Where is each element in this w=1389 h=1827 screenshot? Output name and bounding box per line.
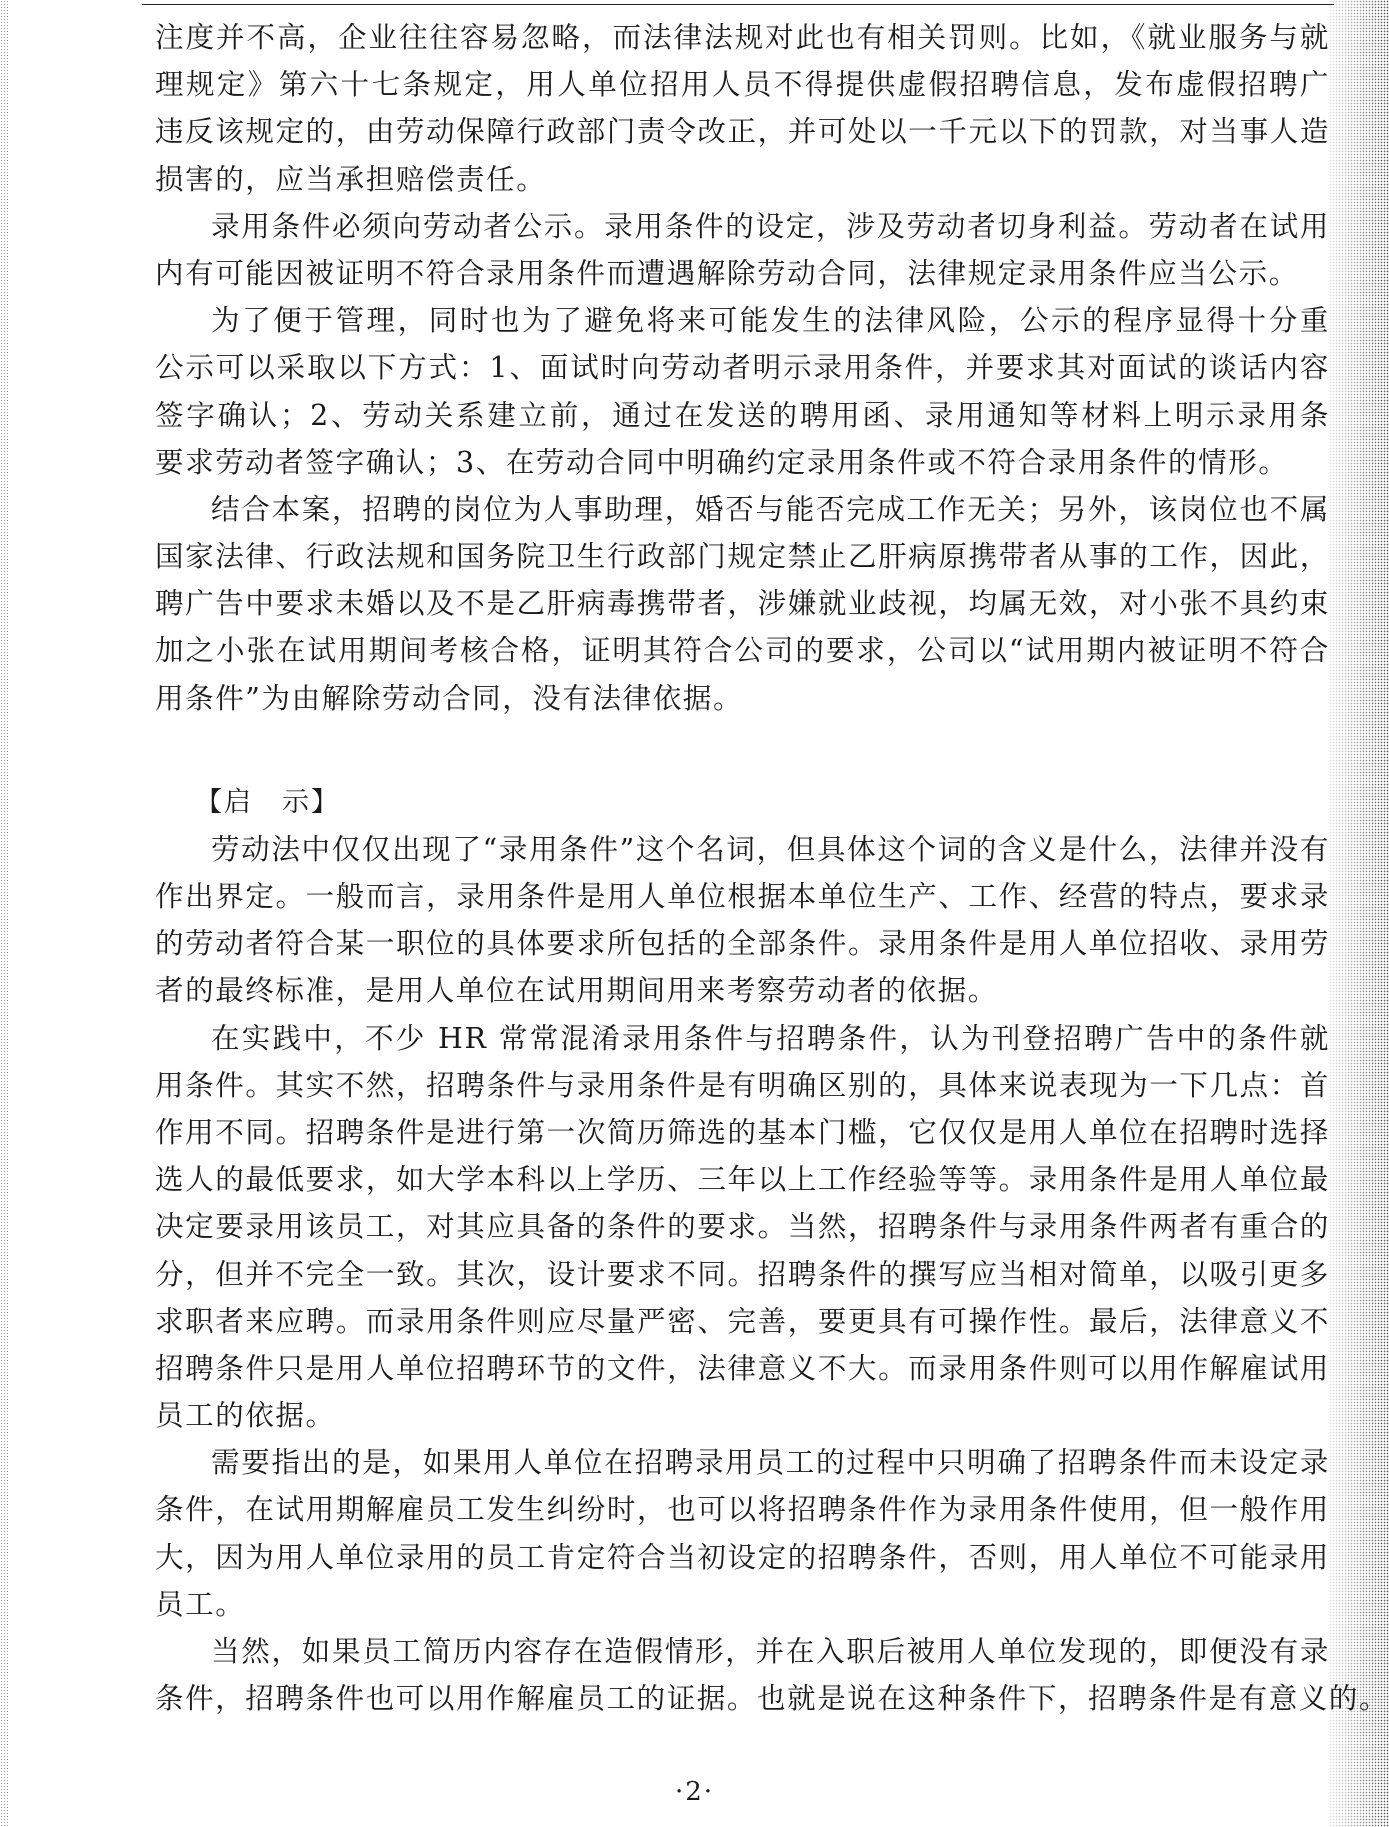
text-line: 内有可能因被证明不符合录用条件而遭遇解除劳动合同，法律规定录用条件应当公示。: [155, 250, 1330, 297]
paragraph: 注度并不高，企业往往容易忽略，而法律法规对此也有相关罚则。比如，《就业服务与就业…: [155, 14, 1330, 203]
scan-edge-right: [1329, 0, 1389, 1827]
paragraph: 为了便于管理，同时也为了避免将来可能发生的法律风险，公示的程序显得十分重要。公示…: [155, 297, 1330, 486]
text-line: 用条件”为由解除劳动合同，没有法律依据。: [155, 675, 1330, 722]
text-line: 大，因为用人单位录用的员工肯定符合当初设定的招聘条件，否则，用人单位不可能录用该: [155, 1534, 1330, 1581]
text-line: 当然，如果员工简历内容存在造假情形，并在入职后被用人单位发现的，即便没有录用: [155, 1628, 1330, 1675]
text-line: 公示可以采取以下方式：1、面试时向劳动者明示录用条件，并要求其对面试的谈话内容进…: [155, 344, 1330, 391]
text-line: 选人的最低要求，如大学本科以上学历、三年以上工作经验等等。录用条件是用人单位最终: [155, 1156, 1330, 1203]
text-line: 决定要录用该员工，对其应具备的条件的要求。当然，招聘条件与录用条件两者有重合的部: [155, 1203, 1330, 1250]
paragraph: 在实践中，不少 HR 常常混淆录用条件与招聘条件，认为刊登招聘广告中的条件就是录…: [155, 1015, 1330, 1440]
text-line: 注度并不高，企业往往容易忽略，而法律法规对此也有相关罚则。比如，《就业服务与就业…: [155, 14, 1330, 61]
text-line: 分，但并不完全一致。其次，设计要求不同。招聘条件的撰写应当相对简单，以吸引更多的: [155, 1251, 1330, 1298]
text-line: 录用条件必须向劳动者公示。录用条件的设定，涉及劳动者切身利益。劳动者在试用期: [155, 203, 1330, 250]
text-line: 要求劳动者签字确认；3、在劳动合同中明确约定录用条件或不符合录用条件的情形。: [155, 439, 1330, 486]
text-line: 员工。: [155, 1581, 1330, 1628]
text-line: 招聘条件只是用人单位招聘环节的文件，法律意义不大。而录用条件则可以用作解雇试用期: [155, 1345, 1330, 1392]
text-line: 的劳动者符合某一职位的具体要求所包括的全部条件。录用条件是用人单位招收、录用劳动: [155, 920, 1330, 967]
text-line: 员工的依据。: [155, 1392, 1330, 1439]
text-line: 条件，在试用期解雇员工发生纠纷时，也可以将招聘条件作为录用条件使用，但一般作用不: [155, 1486, 1330, 1533]
section-heading-insight: 【启 示】: [155, 779, 1330, 826]
text-line: 求职者来应聘。而录用条件则应尽量严密、完善，要更具有可操作性。最后，法律意义不同…: [155, 1298, 1330, 1345]
text-line: 条件，招聘条件也可以用作解雇员工的证据。也就是说在这种条件下，招聘条件是有意义的…: [155, 1675, 1330, 1722]
text-line: 作出界定。一般而言，录用条件是用人单位根据本单位生产、工作、经营的特点，要求录用: [155, 873, 1330, 920]
page-number: ·2·: [0, 1777, 1389, 1807]
text-line: 在实践中，不少 HR 常常混淆录用条件与招聘条件，认为刊登招聘广告中的条件就是录: [155, 1015, 1330, 1062]
text-line: 为了便于管理，同时也为了避免将来可能发生的法律风险，公示的程序显得十分重要。: [155, 297, 1330, 344]
section-gap: [155, 722, 1330, 779]
text-line: 者的最终标准，是用人单位在试用期间用来考察劳动者的依据。: [155, 967, 1330, 1014]
text-line: 用条件。其实不然，招聘条件与录用条件是有明确区别的，具体来说表现为一下几点：首先…: [155, 1062, 1330, 1109]
text-line: 劳动法中仅仅出现了“录用条件”这个名词，但具体这个词的含义是什么，法律并没有: [155, 826, 1330, 873]
paragraph: 结合本案，招聘的岗位为人事助理，婚否与能否完成工作无关；另外，该岗位也不属于国家…: [155, 486, 1330, 722]
scan-edge-left: [0, 0, 8, 1827]
text-line: 签字确认；2、劳动关系建立前，通过在发送的聘用函、录用通知等材料上明示录用条件，…: [155, 392, 1330, 439]
paragraph: 需要指出的是，如果用人单位在招聘录用员工的过程中只明确了招聘条件而未设定录用条件…: [155, 1439, 1330, 1628]
section-insight: 劳动法中仅仅出现了“录用条件”这个名词，但具体这个词的含义是什么，法律并没有作出…: [155, 826, 1330, 1723]
text-line: 国家法律、行政法规和国务院卫生行政部门规定禁止乙肝病原携带者从事的工作，因此，招: [155, 533, 1330, 580]
top-rule: [142, 4, 1334, 5]
paragraph: 录用条件必须向劳动者公示。录用条件的设定，涉及劳动者切身利益。劳动者在试用期内有…: [155, 203, 1330, 297]
text-line: 违反该规定的，由劳动保障行政部门责令改正，并可处以一千元以下的罚款，对当事人造成: [155, 108, 1330, 155]
text-line: 作用不同。招聘条件是进行第一次简历筛选的基本门槛，它仅仅是用人单位在招聘时选择候: [155, 1109, 1330, 1156]
text-line: 聘广告中要求未婚以及不是乙肝病毒携带者，涉嫌就业歧视，均属无效，对小张不具约束力…: [155, 580, 1330, 627]
text-line: 理规定》第六十七条规定，用人单位招用人员不得提供虚假招聘信息，发布虚假招聘广告，: [155, 61, 1330, 108]
text-line: 需要指出的是，如果用人单位在招聘录用员工的过程中只明确了招聘条件而未设定录用: [155, 1439, 1330, 1486]
section-case-analysis: 注度并不高，企业往往容易忽略，而法律法规对此也有相关罚则。比如，《就业服务与就业…: [155, 14, 1330, 722]
document-page: 注度并不高，企业往往容易忽略，而法律法规对此也有相关罚则。比如，《就业服务与就业…: [155, 14, 1330, 1722]
text-line: 加之小张在试用期间考核合格，证明其符合公司的要求，公司以“试用期内被证明不符合录: [155, 627, 1330, 674]
text-line: 损害的，应当承担赔偿责任。: [155, 156, 1330, 203]
paragraph: 当然，如果员工简历内容存在造假情形，并在入职后被用人单位发现的，即便没有录用条件…: [155, 1628, 1330, 1722]
text-line: 结合本案，招聘的岗位为人事助理，婚否与能否完成工作无关；另外，该岗位也不属于: [155, 486, 1330, 533]
paragraph: 劳动法中仅仅出现了“录用条件”这个名词，但具体这个词的含义是什么，法律并没有作出…: [155, 826, 1330, 1015]
